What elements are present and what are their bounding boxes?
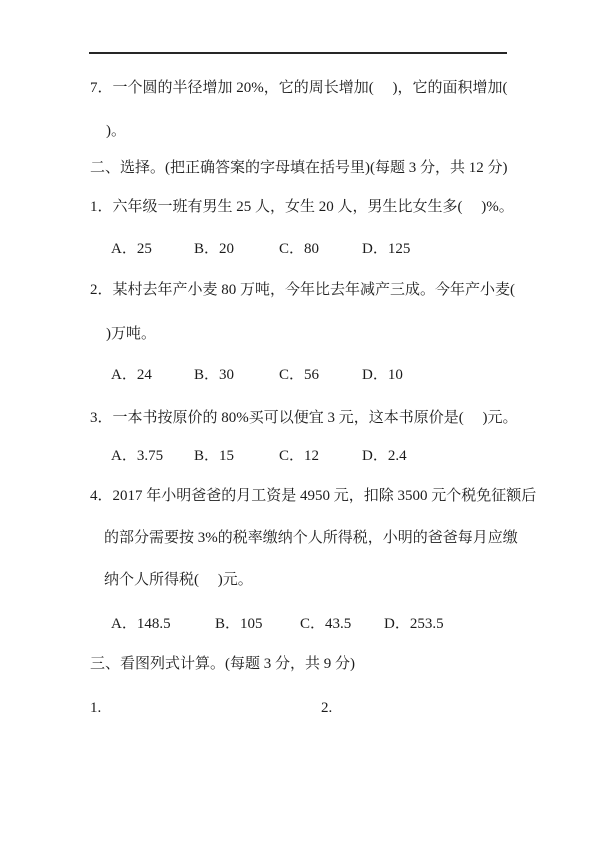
choice-1-question: 1．六年级一班有男生 25 人，女生 20 人，男生比女生多( )%。 <box>90 199 514 216</box>
section-3-heading: 三、看图列式计算。(每题 3 分，共 9 分) <box>90 656 355 673</box>
choice-4-option-d: D．253.5 <box>384 616 444 633</box>
choice-1-option-d: D．125 <box>362 241 410 258</box>
worksheet-page: 7．一个圆的半径增加 20%，它的周长增加( )，它的面积增加( )。 二、选择… <box>0 0 596 842</box>
choice-3-option-b: B．15 <box>194 448 279 465</box>
choice-2-question-line-2: )万吨。 <box>106 326 156 343</box>
choice-3-option-c: C．12 <box>279 448 362 465</box>
choice-4-question-line-3: 纳个人所得税( )元。 <box>104 572 253 589</box>
choice-3-option-d: D．2.4 <box>362 448 407 465</box>
choice-2-question-line-1: 2．某村去年产小麦 80 万吨，今年比去年减产三成。今年产小麦( <box>90 282 515 299</box>
choice-1-option-b: B．20 <box>194 241 279 258</box>
choice-4-option-b: B．105 <box>215 616 300 633</box>
choice-4-question-line-1: 4．2017 年小明爸爸的月工资是 4950 元，扣除 3500 元个税免征额后 <box>90 488 536 505</box>
choice-1-options-row: A．25 B．20 C．80 D．125 <box>111 241 410 258</box>
question-7-line-1: 7．一个圆的半径增加 20%，它的周长增加( )，它的面积增加( <box>90 80 507 97</box>
section-2-heading: 二、选择。(把正确答案的字母填在括号里)(每题 3 分，共 12 分) <box>90 160 507 177</box>
choice-3-options-row: A．3.75 B．15 C．12 D．2.4 <box>111 448 407 465</box>
choice-3-option-a: A．3.75 <box>111 448 194 465</box>
figure-label-1: 1. <box>90 700 101 717</box>
choice-3-question: 3．一本书按原价的 80%买可以便宜 3 元，这本书原价是( )元。 <box>90 410 518 427</box>
choice-1-option-a: A．25 <box>111 241 194 258</box>
choice-4-option-a: A．148.5 <box>111 616 215 633</box>
figure-label-2: 2. <box>321 700 332 717</box>
header-divider <box>89 52 507 54</box>
choice-2-option-b: B．30 <box>194 367 279 384</box>
question-7-line-2: )。 <box>106 123 126 140</box>
choice-2-options-row: A．24 B．30 C．56 D．10 <box>111 367 403 384</box>
choice-4-options-row: A．148.5 B．105 C．43.5 D．253.5 <box>111 616 444 633</box>
choice-2-option-d: D．10 <box>362 367 403 384</box>
choice-1-option-c: C．80 <box>279 241 362 258</box>
choice-2-option-c: C．56 <box>279 367 362 384</box>
choice-4-question-line-2: 的部分需要按 3%的税率缴纳个人所得税，小明的爸爸每月应缴 <box>104 530 518 547</box>
choice-4-option-c: C．43.5 <box>300 616 384 633</box>
choice-2-option-a: A．24 <box>111 367 194 384</box>
